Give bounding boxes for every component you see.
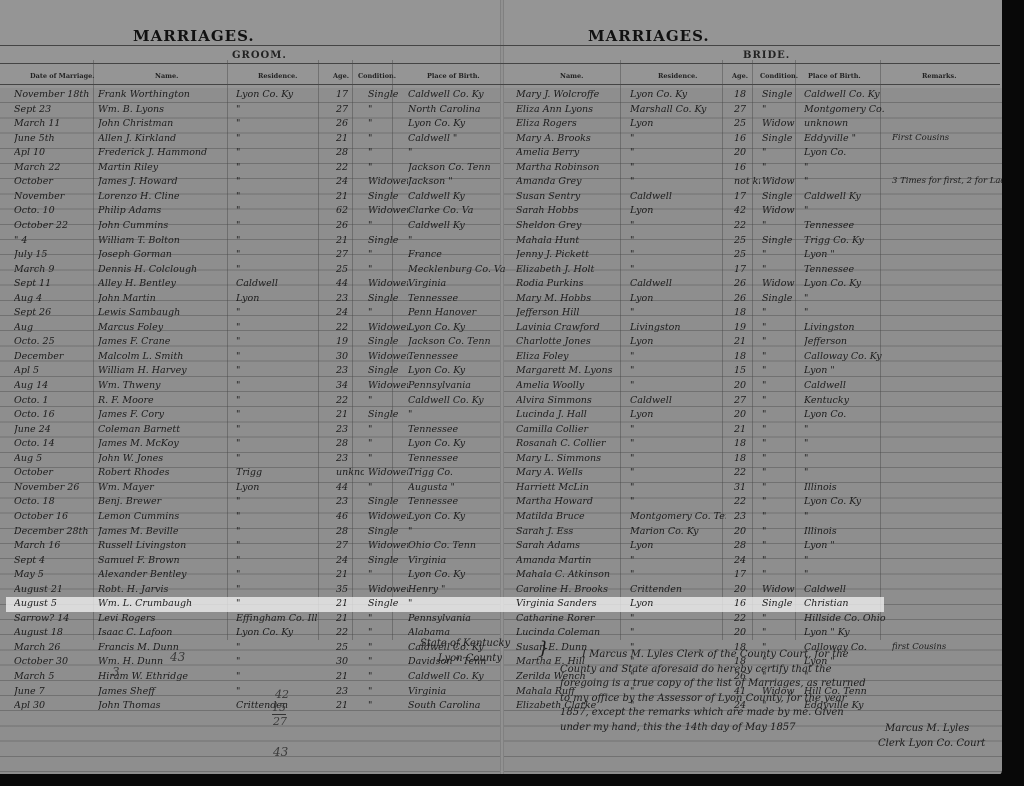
groom-residence-cell: ": [236, 104, 324, 115]
date-cell: October: [14, 176, 96, 187]
bride-age-cell: 24: [734, 555, 760, 566]
groom-residence-cell: ": [236, 569, 324, 580]
bride-name-cell: Amelia Berry: [516, 147, 626, 158]
table-row: August 5Wm. L. Crumbaugh"21Single"Virgin…: [6, 597, 884, 612]
groom-residence-cell: ": [236, 642, 324, 653]
bride-residence-cell: ": [630, 380, 726, 391]
date-cell: March 16: [14, 540, 96, 551]
date-cell: Aug 5: [14, 453, 96, 464]
groom-age-cell: 23: [336, 365, 364, 376]
certification-line: I Marcus M. Lyles Clerk of the County Co…: [582, 648, 849, 663]
groom-condition-cell: Widower: [368, 351, 408, 362]
groom-birthplace-cell: Clarke Co. Va: [408, 205, 508, 216]
groom-age-cell: 28: [336, 526, 364, 537]
bride-condition-cell: Single: [762, 598, 802, 609]
groom-name-cell: Wm. B. Lyons: [98, 104, 228, 115]
date-cell: Sept 23: [14, 104, 96, 115]
date-cell: August 21: [14, 584, 96, 595]
jurisdiction-brace: }: [538, 642, 549, 657]
groom-condition-cell: ": [368, 307, 408, 318]
bride-age-cell: 17: [734, 191, 760, 202]
groom-condition-cell: Widower: [368, 467, 408, 478]
groom-age-cell: 23: [336, 686, 364, 697]
bride-residence-cell: ": [630, 613, 726, 624]
bride-birthplace-cell: unknown: [804, 118, 888, 129]
table-row: Aug 5John W. Jones"23"TennesseeMary L. S…: [6, 452, 884, 467]
groom-residence-cell: ": [236, 526, 324, 537]
bride-birthplace-cell: ": [804, 569, 888, 580]
groom-condition-cell: Single: [368, 409, 408, 420]
date-cell: December: [14, 351, 96, 362]
bride-condition-cell: ": [762, 424, 802, 435]
table-row: March 9Dennis H. Colclough"25"Mecklenbur…: [6, 263, 884, 278]
bride-residence-cell: ": [630, 627, 726, 638]
bride-name-cell: Amanda Grey: [516, 176, 626, 187]
bride-age-cell: 26: [734, 293, 760, 304]
groom-age-cell: 35: [336, 584, 364, 595]
groom-condition-cell: ": [368, 220, 408, 231]
groom-name-cell: Philip Adams: [98, 205, 228, 216]
table-row: Sarrow? 14Levi RogersEffingham Co. Ill21…: [6, 612, 884, 627]
date-cell: October 16: [14, 511, 96, 522]
bride-name-cell: Jefferson Hill: [516, 307, 626, 318]
bride-age-cell: 21: [734, 424, 760, 435]
bride-residence-cell: ": [630, 235, 726, 246]
date-cell: Sept 26: [14, 307, 96, 318]
bride-age-cell: 16: [734, 162, 760, 173]
groom-name-cell: Russell Livingston: [98, 540, 228, 551]
bride-birthplace-cell: Caldwell: [804, 584, 888, 595]
tally-number: 43: [170, 650, 185, 664]
bride-age-cell: 31: [734, 482, 760, 493]
bride-residence-cell: ": [630, 424, 726, 435]
bride-condition-cell: ": [762, 438, 802, 449]
certification-line: to my office by the Assessor of Lyon Cou…: [560, 692, 846, 707]
certification-line: County and State aforesaid do hereby cer…: [560, 663, 832, 678]
bride-condition-cell: Widow: [762, 584, 802, 595]
groom-birthplace-cell: Caldwell Ky: [408, 191, 508, 202]
bride-condition-cell: ": [762, 526, 802, 537]
groom-condition-cell: ": [368, 264, 408, 275]
col-groom-residence-header: Residence.: [258, 72, 297, 80]
bride-birthplace-cell: ": [804, 176, 888, 187]
groom-condition-cell: ": [368, 613, 408, 624]
bride-name-cell: Mary A. Brooks: [516, 133, 626, 144]
groom-condition-cell: Single: [368, 496, 408, 507]
jurisdiction-state: State of Kentucky: [420, 637, 510, 652]
bride-birthplace-cell: ": [804, 293, 888, 304]
bride-name-cell: Sheldon Grey: [516, 220, 626, 231]
groom-condition-cell: ": [368, 424, 408, 435]
groom-age-cell: 23: [336, 496, 364, 507]
groom-age-cell: 62: [336, 205, 364, 216]
tally-number: 27: [273, 715, 287, 728]
groom-residence-cell: ": [236, 555, 324, 566]
jurisdiction-county: Lyon County: [438, 652, 502, 667]
bride-name-cell: Alvira Simmons: [516, 395, 626, 406]
groom-age-cell: 28: [336, 147, 364, 158]
bride-name-cell: Lucinda J. Hall: [516, 409, 626, 420]
bride-condition-cell: ": [762, 365, 802, 376]
table-row: NovemberLorenzo H. Cline"21SingleCaldwel…: [6, 190, 884, 205]
certification-line: foregoing is a true copy of the list of …: [560, 677, 866, 692]
groom-name-cell: Marcus Foley: [98, 322, 228, 333]
groom-residence-cell: ": [236, 656, 324, 667]
date-cell: Octo. 18: [14, 496, 96, 507]
table-row: June 24Coleman Barnett"23"TennesseeCamil…: [6, 423, 884, 438]
table-row: March 11John Christman"26"Lyon Co. KyEli…: [6, 117, 884, 132]
bride-residence-cell: Livingston: [630, 322, 726, 333]
bride-age-cell: 25: [734, 118, 760, 129]
groom-name-cell: James J. Howard: [98, 176, 228, 187]
title-rule: [0, 45, 1000, 46]
groom-birthplace-cell: Tennessee: [408, 351, 508, 362]
table-row: " 4William T. Bolton"21Single"Mahala Hun…: [6, 234, 884, 249]
groom-age-cell: 28: [336, 438, 364, 449]
groom-condition-cell: Widower: [368, 278, 408, 289]
table-row: Sept 4Samuel F. Brown"24SingleVirginiaAm…: [6, 554, 884, 569]
bride-name-cell: Susan Sentry: [516, 191, 626, 202]
groom-age-cell: 21: [336, 613, 364, 624]
bride-name-cell: Margarett M. Lyons: [516, 365, 626, 376]
bride-age-cell: 18: [734, 438, 760, 449]
bride-condition-cell: ": [762, 249, 802, 260]
groom-name-cell: Francis M. Dunn: [98, 642, 228, 653]
groom-name-cell: John Cummins: [98, 220, 228, 231]
bride-birthplace-cell: ": [804, 453, 888, 464]
date-cell: March 11: [14, 118, 96, 129]
groom-birthplace-cell: Tennessee: [408, 453, 508, 464]
groom-name-cell: William H. Harvey: [98, 365, 228, 376]
date-cell: " 4: [14, 235, 96, 246]
groom-age-cell: 22: [336, 627, 364, 638]
bride-name-cell: Eliza Rogers: [516, 118, 626, 129]
groom-birthplace-cell: France: [408, 249, 508, 260]
bride-residence-cell: ": [630, 482, 726, 493]
tally-number: 42: [275, 688, 289, 701]
bride-residence-cell: Lyon Co. Ky: [630, 89, 726, 100]
groom-birthplace-cell: Tennessee: [408, 496, 508, 507]
bride-name-cell: Mary M. Hobbs: [516, 293, 626, 304]
bride-condition-cell: ": [762, 569, 802, 580]
groom-age-cell: 26: [336, 220, 364, 231]
date-cell: Octo. 14: [14, 438, 96, 449]
groom-birthplace-cell: ": [408, 235, 508, 246]
col-remarks-header: Remarks.: [922, 72, 956, 80]
date-cell: Octo. 25: [14, 336, 96, 347]
table-row: Octo. 18Benj. Brewer"23SingleTennesseeMa…: [6, 495, 884, 510]
groom-condition-cell: Widower: [368, 176, 408, 187]
groom-residence-cell: ": [236, 336, 324, 347]
bride-age-cell: 26: [734, 278, 760, 289]
groom-birthplace-cell: Lyon Co. Ky: [408, 118, 508, 129]
table-row: OctoberJames J. Howard"24WidowerJackson …: [6, 175, 884, 190]
tally-number: 43: [273, 745, 288, 759]
groom-age-cell: 44: [336, 482, 364, 493]
bride-condition-cell: ": [762, 540, 802, 551]
groom-condition-cell: ": [368, 686, 408, 697]
groom-condition-cell: Widower: [368, 205, 408, 216]
groom-condition-cell: ": [368, 627, 408, 638]
groom-condition-cell: ": [368, 642, 408, 653]
groom-age-cell: 21: [336, 191, 364, 202]
bride-residence-cell: ": [630, 569, 726, 580]
bride-condition-cell: ": [762, 409, 802, 420]
groom-residence-cell: Trigg: [236, 467, 324, 478]
groom-birthplace-cell: Lyon Co. Ky: [408, 365, 508, 376]
groom-birthplace-cell: Penn Hanover: [408, 307, 508, 318]
col-groom-birthplace-header: Place of Birth.: [427, 72, 480, 80]
bride-name-cell: Amelia Woolly: [516, 380, 626, 391]
bride-residence-cell: Lyon: [630, 409, 726, 420]
bride-age-cell: 27: [734, 395, 760, 406]
groom-residence-cell: ": [236, 162, 324, 173]
groom-residence-cell: ": [236, 351, 324, 362]
groom-residence-cell: ": [236, 235, 324, 246]
groom-birthplace-cell: Virginia: [408, 555, 508, 566]
groom-birthplace-cell: Caldwell Co. Ky: [408, 89, 508, 100]
groom-condition-cell: Single: [368, 191, 408, 202]
table-row: Apl 5William H. Harvey"23SingleLyon Co. …: [6, 364, 884, 379]
bride-age-cell: 42: [734, 205, 760, 216]
bride-birthplace-cell: Illinois: [804, 526, 888, 537]
bride-section-label: BRIDE.: [743, 50, 790, 61]
groom-residence-cell: ": [236, 409, 324, 420]
bride-residence-cell: Lyon: [630, 293, 726, 304]
groom-residence-cell: ": [236, 249, 324, 260]
bride-age-cell: 25: [734, 235, 760, 246]
bride-age-cell: 18: [734, 89, 760, 100]
date-cell: March 22: [14, 162, 96, 173]
groom-condition-cell: Single: [368, 555, 408, 566]
bride-residence-cell: ": [630, 555, 726, 566]
groom-birthplace-cell: Caldwell Co. Ky: [408, 395, 508, 406]
groom-name-cell: Alexander Bentley: [98, 569, 228, 580]
bride-condition-cell: Single: [762, 89, 802, 100]
date-cell: Sept 11: [14, 278, 96, 289]
bride-birthplace-cell: Hillside Co. Ohio: [804, 613, 888, 624]
groom-age-cell: 21: [336, 409, 364, 420]
bride-condition-cell: ": [762, 264, 802, 275]
groom-condition-cell: ": [368, 700, 408, 711]
groom-residence-cell: ": [236, 307, 324, 318]
date-cell: June 7: [14, 686, 96, 697]
groom-condition-cell: Single: [368, 526, 408, 537]
bride-residence-cell: Lyon: [630, 118, 726, 129]
bride-name-cell: Charlotte Jones: [516, 336, 626, 347]
bride-name-cell: Mahala Hunt: [516, 235, 626, 246]
groom-birthplace-cell: Lyon Co. Ky: [408, 322, 508, 333]
bride-residence-cell: Crittenden: [630, 584, 726, 595]
bride-age-cell: 18: [734, 351, 760, 362]
groom-age-cell: 22: [336, 322, 364, 333]
bride-residence-cell: ": [630, 133, 726, 144]
groom-name-cell: Malcolm L. Smith: [98, 351, 228, 362]
groom-name-cell: John Thomas: [98, 700, 228, 711]
bride-birthplace-cell: Caldwell: [804, 380, 888, 391]
groom-residence-cell: ": [236, 453, 324, 464]
bride-age-cell: 17: [734, 264, 760, 275]
bride-name-cell: Lucinda Coleman: [516, 627, 626, 638]
bride-birthplace-cell: ": [804, 205, 888, 216]
groom-birthplace-cell: South Carolina: [408, 700, 508, 711]
bride-age-cell: 17: [734, 569, 760, 580]
bride-age-cell: 16: [734, 598, 760, 609]
bride-age-cell: not known: [734, 176, 760, 187]
bride-birthplace-cell: Eddyville ": [804, 133, 888, 144]
col-bride-age-header: Age.: [732, 72, 748, 80]
groom-name-cell: James F. Crane: [98, 336, 228, 347]
table-row: November 18thFrank WorthingtonLyon Co. K…: [6, 88, 884, 103]
table-row: August 21Robt. H. Jarvis"35WidowerHenry …: [6, 583, 884, 598]
groom-condition-cell: Single: [368, 598, 408, 609]
groom-residence-cell: ": [236, 584, 324, 595]
bride-age-cell: 22: [734, 613, 760, 624]
bride-age-cell: 19: [734, 322, 760, 333]
groom-condition-cell: Widower: [368, 540, 408, 551]
date-cell: Octo. 16: [14, 409, 96, 420]
groom-residence-cell: ": [236, 424, 324, 435]
table-row: October 22John Cummins"26"Caldwell KyShe…: [6, 219, 884, 234]
groom-condition-cell: Single: [368, 235, 408, 246]
groom-name-cell: Isaac C. Lafoon: [98, 627, 228, 638]
groom-residence-cell: Lyon Co. Ky: [236, 89, 324, 100]
groom-birthplace-cell: Ohio Co. Tenn: [408, 540, 508, 551]
certification-line: under my hand, this the 14th day of May …: [560, 721, 796, 736]
date-cell: Aug 14: [14, 380, 96, 391]
bride-name-cell: Catharine Rorer: [516, 613, 626, 624]
groom-age-cell: 21: [336, 598, 364, 609]
bride-birthplace-cell: ": [804, 467, 888, 478]
bride-residence-cell: ": [630, 307, 726, 318]
bride-condition-cell: Widow: [762, 205, 802, 216]
bride-birthplace-cell: Lyon Co. Ky: [804, 278, 888, 289]
bride-name-cell: Martha Howard: [516, 496, 626, 507]
groom-name-cell: Dennis H. Colclough: [98, 264, 228, 275]
bride-age-cell: 20: [734, 147, 760, 158]
bride-age-cell: 21: [734, 336, 760, 347]
table-row: Octo. 10Philip Adams"62WidowerClarke Co.…: [6, 204, 884, 219]
bride-name-cell: Mary L. Simmons: [516, 453, 626, 464]
table-row: Octo. 16James F. Cory"21Single"Lucinda J…: [6, 408, 884, 423]
groom-residence-cell: ": [236, 671, 324, 682]
ledger-page: MARRIAGES. MARRIAGES. GROOM. BRIDE. Date…: [0, 0, 1002, 776]
groom-condition-cell: ": [368, 118, 408, 129]
groom-birthplace-cell: Virginia: [408, 278, 508, 289]
bride-name-cell: Virginia Sanders: [516, 598, 626, 609]
groom-name-cell: Lewis Sambaugh: [98, 307, 228, 318]
groom-condition-cell: ": [368, 104, 408, 115]
groom-condition-cell: Single: [368, 365, 408, 376]
groom-age-cell: 22: [336, 395, 364, 406]
groom-name-cell: Samuel F. Brown: [98, 555, 228, 566]
col-groom-age-header: Age.: [333, 72, 349, 80]
bride-birthplace-cell: ": [804, 511, 888, 522]
bride-birthplace-cell: Jefferson: [804, 336, 888, 347]
groom-age-cell: 46: [336, 511, 364, 522]
groom-birthplace-cell: Tennessee: [408, 293, 508, 304]
groom-name-cell: Wm. Thweny: [98, 380, 228, 391]
tally-number: 3: [112, 665, 120, 679]
bride-age-cell: 25: [734, 249, 760, 260]
bride-birthplace-cell: Lyon ": [804, 249, 888, 260]
bride-birthplace-cell: Caldwell Co. Ky: [804, 89, 888, 100]
groom-birthplace-cell: Lyon Co. Ky: [408, 438, 508, 449]
groom-name-cell: Frederick J. Hammond: [98, 147, 228, 158]
date-cell: August 18: [14, 627, 96, 638]
groom-name-cell: Robt. H. Jarvis: [98, 584, 228, 595]
groom-name-cell: James M. Beville: [98, 526, 228, 537]
groom-condition-cell: Widower: [368, 380, 408, 391]
tally-number: 15: [272, 701, 286, 715]
clerk-title: Clerk Lyon Co. Court: [878, 737, 985, 752]
groom-birthplace-cell: Henry ": [408, 584, 508, 595]
table-row: Octo. 25James F. Crane"19SingleJackson C…: [6, 335, 884, 350]
groom-residence-cell: ": [236, 264, 324, 275]
groom-condition-cell: ": [368, 671, 408, 682]
bride-age-cell: 16: [734, 133, 760, 144]
groom-age-cell: 34: [336, 380, 364, 391]
bride-residence-cell: Caldwell: [630, 191, 726, 202]
table-row: AugMarcus Foley"22WidowerLyon Co. KyLavi…: [6, 321, 884, 336]
bride-condition-cell: ": [762, 322, 802, 333]
groom-age-cell: 21: [336, 569, 364, 580]
bride-birthplace-cell: ": [804, 438, 888, 449]
groom-name-cell: Robert Rhodes: [98, 467, 228, 478]
bride-condition-cell: ": [762, 511, 802, 522]
bride-residence-cell: ": [630, 496, 726, 507]
date-cell: Apl 10: [14, 147, 96, 158]
bride-condition-cell: ": [762, 482, 802, 493]
bride-age-cell: 20: [734, 584, 760, 595]
groom-age-cell: 23: [336, 424, 364, 435]
bride-name-cell: Jenny J. Pickett: [516, 249, 626, 260]
groom-birthplace-cell: Augusta ": [408, 482, 508, 493]
bride-name-cell: Eliza Ann Lyons: [516, 104, 626, 115]
groom-condition-cell: Widower: [368, 584, 408, 595]
table-row: Octo. 1R. F. Moore"22"Caldwell Co. KyAlv…: [6, 394, 884, 409]
groom-age-cell: 17: [336, 89, 364, 100]
groom-condition-cell: ": [368, 569, 408, 580]
section-rule: [0, 63, 1000, 64]
col-bride-residence-header: Residence.: [658, 72, 697, 80]
bride-name-cell: Mary J. Wolcroffe: [516, 89, 626, 100]
groom-birthplace-cell: Pennsylvania: [408, 380, 508, 391]
groom-name-cell: John W. Jones: [98, 453, 228, 464]
table-row: Aug 14Wm. Thweny"34WidowerPennsylvaniaAm…: [6, 379, 884, 394]
groom-birthplace-cell: ": [408, 598, 508, 609]
table-row: OctoberRobert RhodesTriggunknownWidowerT…: [6, 466, 884, 481]
date-cell: October 22: [14, 220, 96, 231]
table-row: October 16Lemon Cummins"46WidowerLyon Co…: [6, 510, 884, 525]
bride-condition-cell: Single: [762, 293, 802, 304]
groom-age-cell: unknown: [336, 467, 364, 478]
bride-condition-cell: ": [762, 467, 802, 478]
bride-birthplace-cell: Lyon Co.: [804, 147, 888, 158]
groom-residence-cell: Lyon: [236, 482, 324, 493]
date-cell: Aug: [14, 322, 96, 333]
groom-section-label: GROOM.: [232, 50, 287, 61]
groom-birthplace-cell: Mecklenburg Co. Va: [408, 264, 508, 275]
bride-age-cell: 22: [734, 467, 760, 478]
bride-residence-cell: ": [630, 176, 726, 187]
groom-name-cell: Martin Riley: [98, 162, 228, 173]
bride-birthplace-cell: Lyon Co.: [804, 409, 888, 420]
groom-name-cell: Wm. L. Crumbaugh: [98, 598, 228, 609]
date-cell: October 30: [14, 656, 96, 667]
groom-residence-cell: ": [236, 511, 324, 522]
groom-condition-cell: ": [368, 656, 408, 667]
